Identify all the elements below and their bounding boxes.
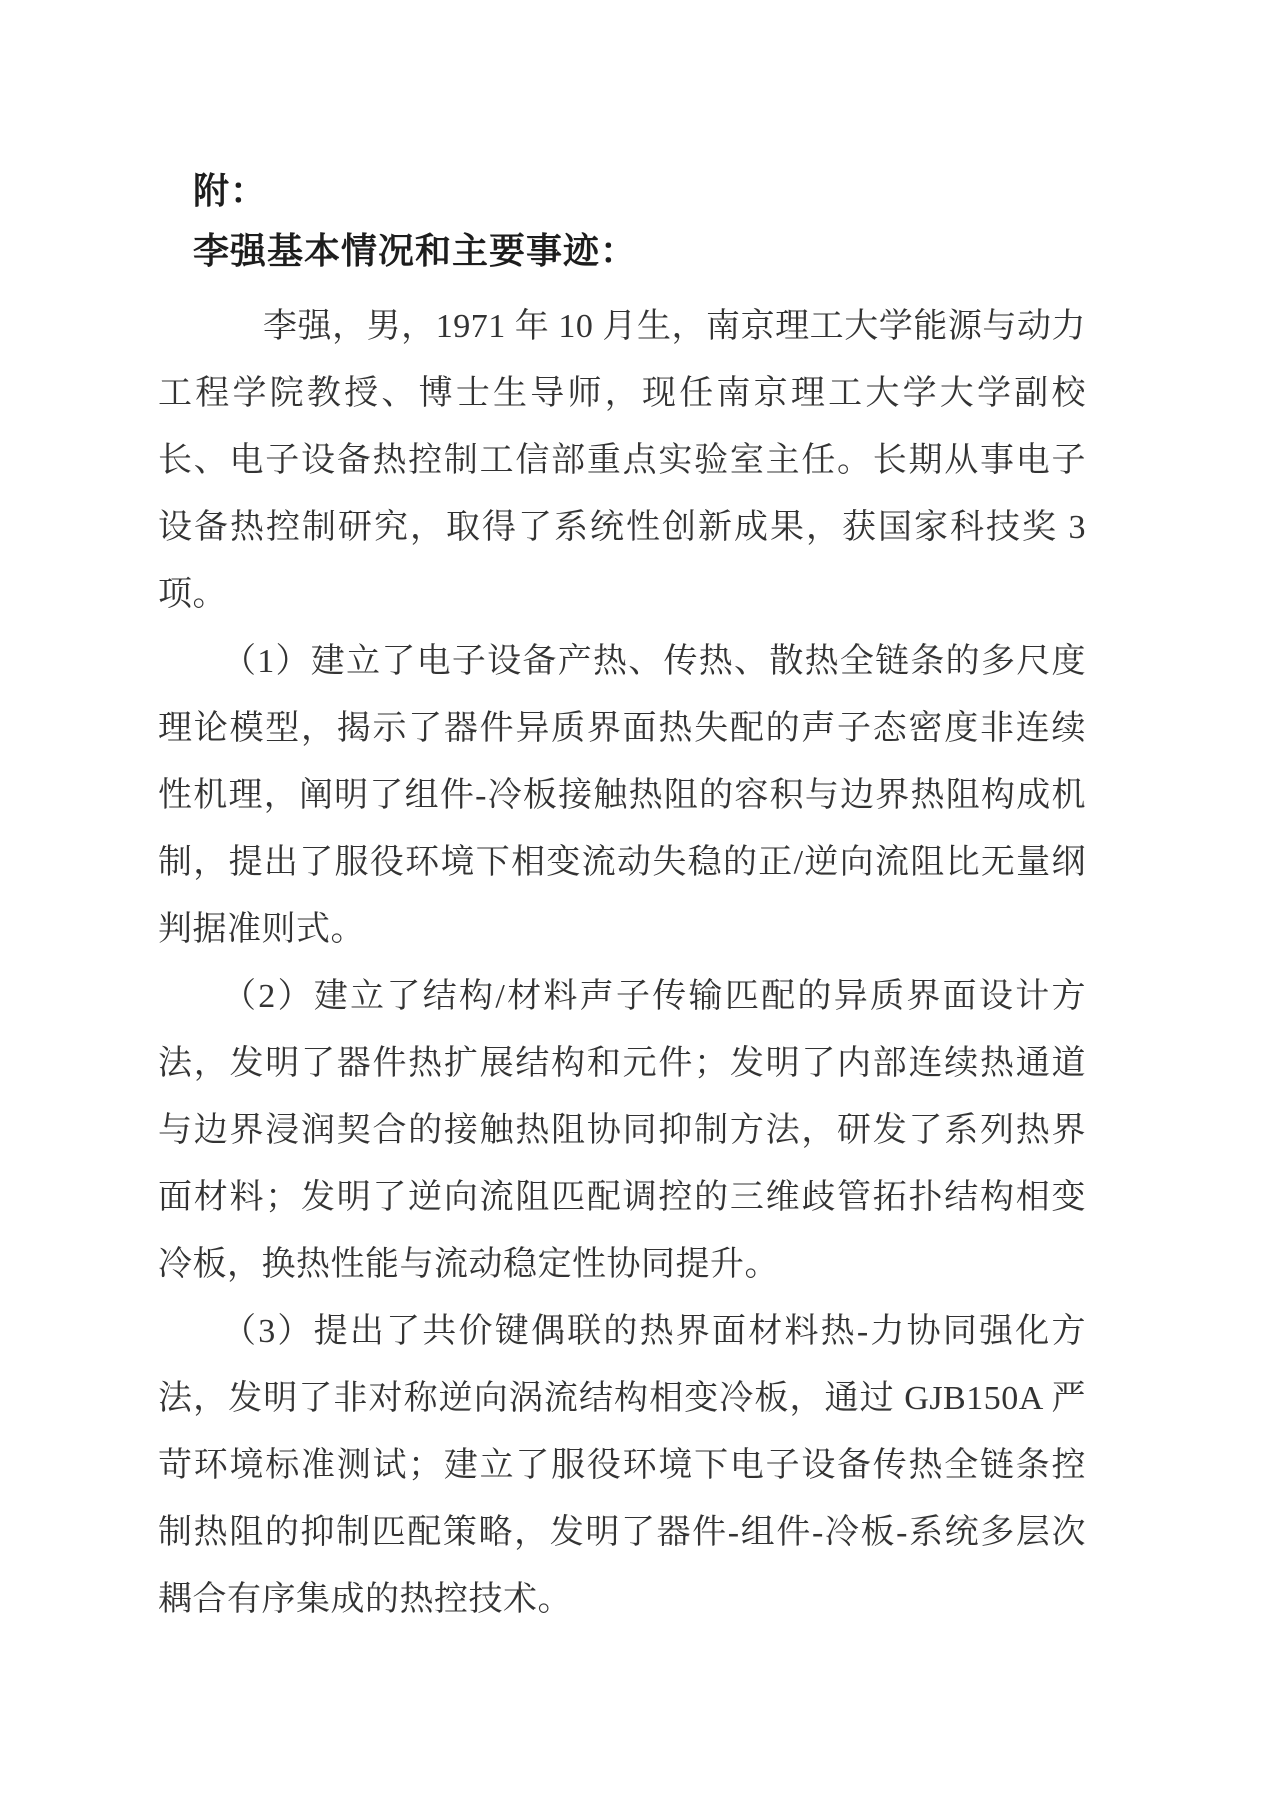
paragraph-achievement-3: （3）提出了共价键偶联的热界面材料热-力协同强化方法，发明了非对称逆向涡流结构相… xyxy=(158,1298,1086,1633)
document-body: 李强，男，1971 年 10 月生，南京理工大学能源与动力工程学院教授、博士生导… xyxy=(158,293,1086,1633)
document-page: 附： 李强基本情况和主要事迹： 李强，男，1971 年 10 月生，南京理工大学… xyxy=(0,0,1280,1811)
attachment-label: 附： xyxy=(158,160,1086,222)
paragraph-intro-bio: 李强，男，1971 年 10 月生，南京理工大学能源与动力工程学院教授、博士生导… xyxy=(158,293,1086,628)
paragraph-achievement-2: （2）建立了结构/材料声子传输匹配的异质界面设计方法，发明了器件热扩展结构和元件… xyxy=(158,963,1086,1298)
document-title: 李强基本情况和主要事迹： xyxy=(158,222,1086,280)
paragraph-achievement-1: （1）建立了电子设备产热、传热、散热全链条的多尺度理论模型，揭示了器件异质界面热… xyxy=(158,628,1086,963)
document-content: 附： 李强基本情况和主要事迹： 李强，男，1971 年 10 月生，南京理工大学… xyxy=(158,160,1086,1633)
